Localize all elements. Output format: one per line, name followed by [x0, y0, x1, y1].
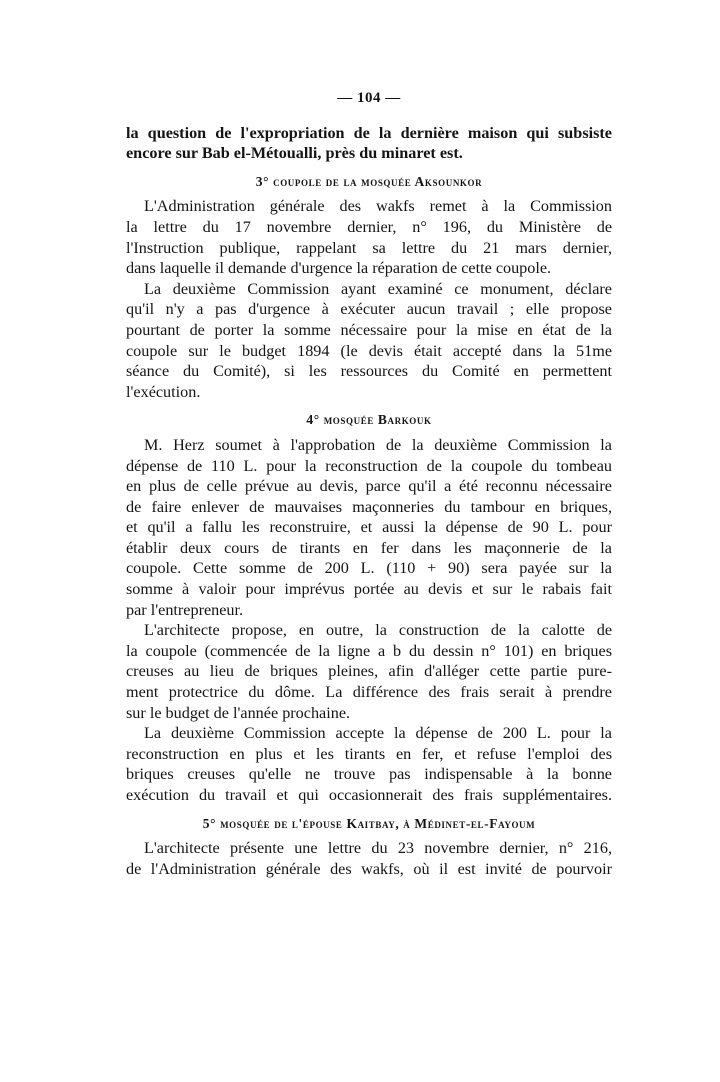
text-line: ment protectrice du dôme. La différence …: [126, 682, 612, 703]
text-line: par l'entrepreneur.: [126, 600, 612, 621]
text-line: en plus de celle prévue au devis, parce …: [126, 476, 612, 497]
text-line: séance du Comité), si les ressources du …: [126, 361, 612, 382]
text-line: la coupole (commencée de la ligne a b du…: [126, 641, 612, 662]
text-line: briques creuses qu'elle ne trouve pas in…: [126, 764, 612, 785]
text-line: dans laquelle il demande d'urgence la ré…: [126, 258, 612, 279]
text-line: la lettre du 17 novembre dernier, n° 196…: [126, 217, 612, 238]
text-line: la question de l'expropriation de la der…: [126, 123, 612, 144]
text-line: encore sur Bab el-Métoualli, près du min…: [126, 143, 612, 164]
text-line: La deuxième Commission accepte la dépens…: [126, 723, 612, 744]
section-heading-4: 4° mosquée Barkouk: [126, 410, 612, 431]
text-line: L'Administration générale des wakfs reme…: [126, 196, 612, 217]
section-heading-5: 5° mosquée de l'épouse Kaitbay, à Médine…: [126, 814, 612, 835]
text-line: établir deux cours de tirants en fer dan…: [126, 538, 612, 559]
paragraph-barkouk-herz: M. Herz soumet à l'approbation de la deu…: [126, 435, 612, 620]
paragraph-barkouk-decision: La deuxième Commission accepte la dépens…: [126, 723, 612, 805]
text-line: coupole sur le budget 1894 (le devis éta…: [126, 341, 612, 362]
text-line: somme à valoir pour imprévus portée au d…: [126, 579, 612, 600]
text-line: l'Instruction publique, rappelant sa let…: [126, 238, 612, 259]
text-line: de l'Administration générale des wakfs, …: [126, 859, 612, 880]
text-line: reconstruction en plus et les tirants en…: [126, 744, 612, 765]
text-line: dépense de 110 L. pour la reconstruction…: [126, 456, 612, 477]
text-line: La deuxième Commission ayant examiné ce …: [126, 279, 612, 300]
text-line: exécution du travail et qui occasionnera…: [126, 785, 612, 806]
text-line: L'architecte présente une lettre du 23 n…: [126, 838, 612, 859]
text-line: pourtant de porter la somme nécessaire p…: [126, 320, 612, 341]
paragraph-barkouk-architect: L'architecte propose, en outre, la const…: [126, 620, 612, 723]
text-line: sur le budget de l'année prochaine.: [126, 703, 612, 724]
text-line: de faire enlever de mauvaises maçonnerie…: [126, 497, 612, 518]
text-line: et qu'il a fallu les reconstruire, et au…: [126, 517, 612, 538]
text-line: L'architecte propose, en outre, la const…: [126, 620, 612, 641]
paragraph-aksounkor-decision: La deuxième Commission ayant examiné ce …: [126, 279, 612, 403]
paragraph-aksounkor-letter: L'Administration générale des wakfs reme…: [126, 196, 612, 278]
text-line: coupole. Cette somme de 200 L. (110 + 90…: [126, 558, 612, 579]
section-heading-3: 3° coupole de la mosquée Aksounkor: [126, 172, 612, 193]
text-line: creuses au lieu de briques pleines, afin…: [126, 661, 612, 682]
paragraph-kaitbay-letter: L'architecte présente une lettre du 23 n…: [126, 838, 612, 879]
page-number: — 104 —: [126, 88, 612, 109]
document-page: — 104 — la question de l'expropriation d…: [126, 88, 612, 879]
paragraph-continuation: la question de l'expropriation de la der…: [126, 123, 612, 164]
text-line: l'exécution.: [126, 382, 612, 403]
text-line: M. Herz soumet à l'approbation de la deu…: [126, 435, 612, 456]
text-line: qu'il n'y a pas d'urgence à exécuter auc…: [126, 299, 612, 320]
